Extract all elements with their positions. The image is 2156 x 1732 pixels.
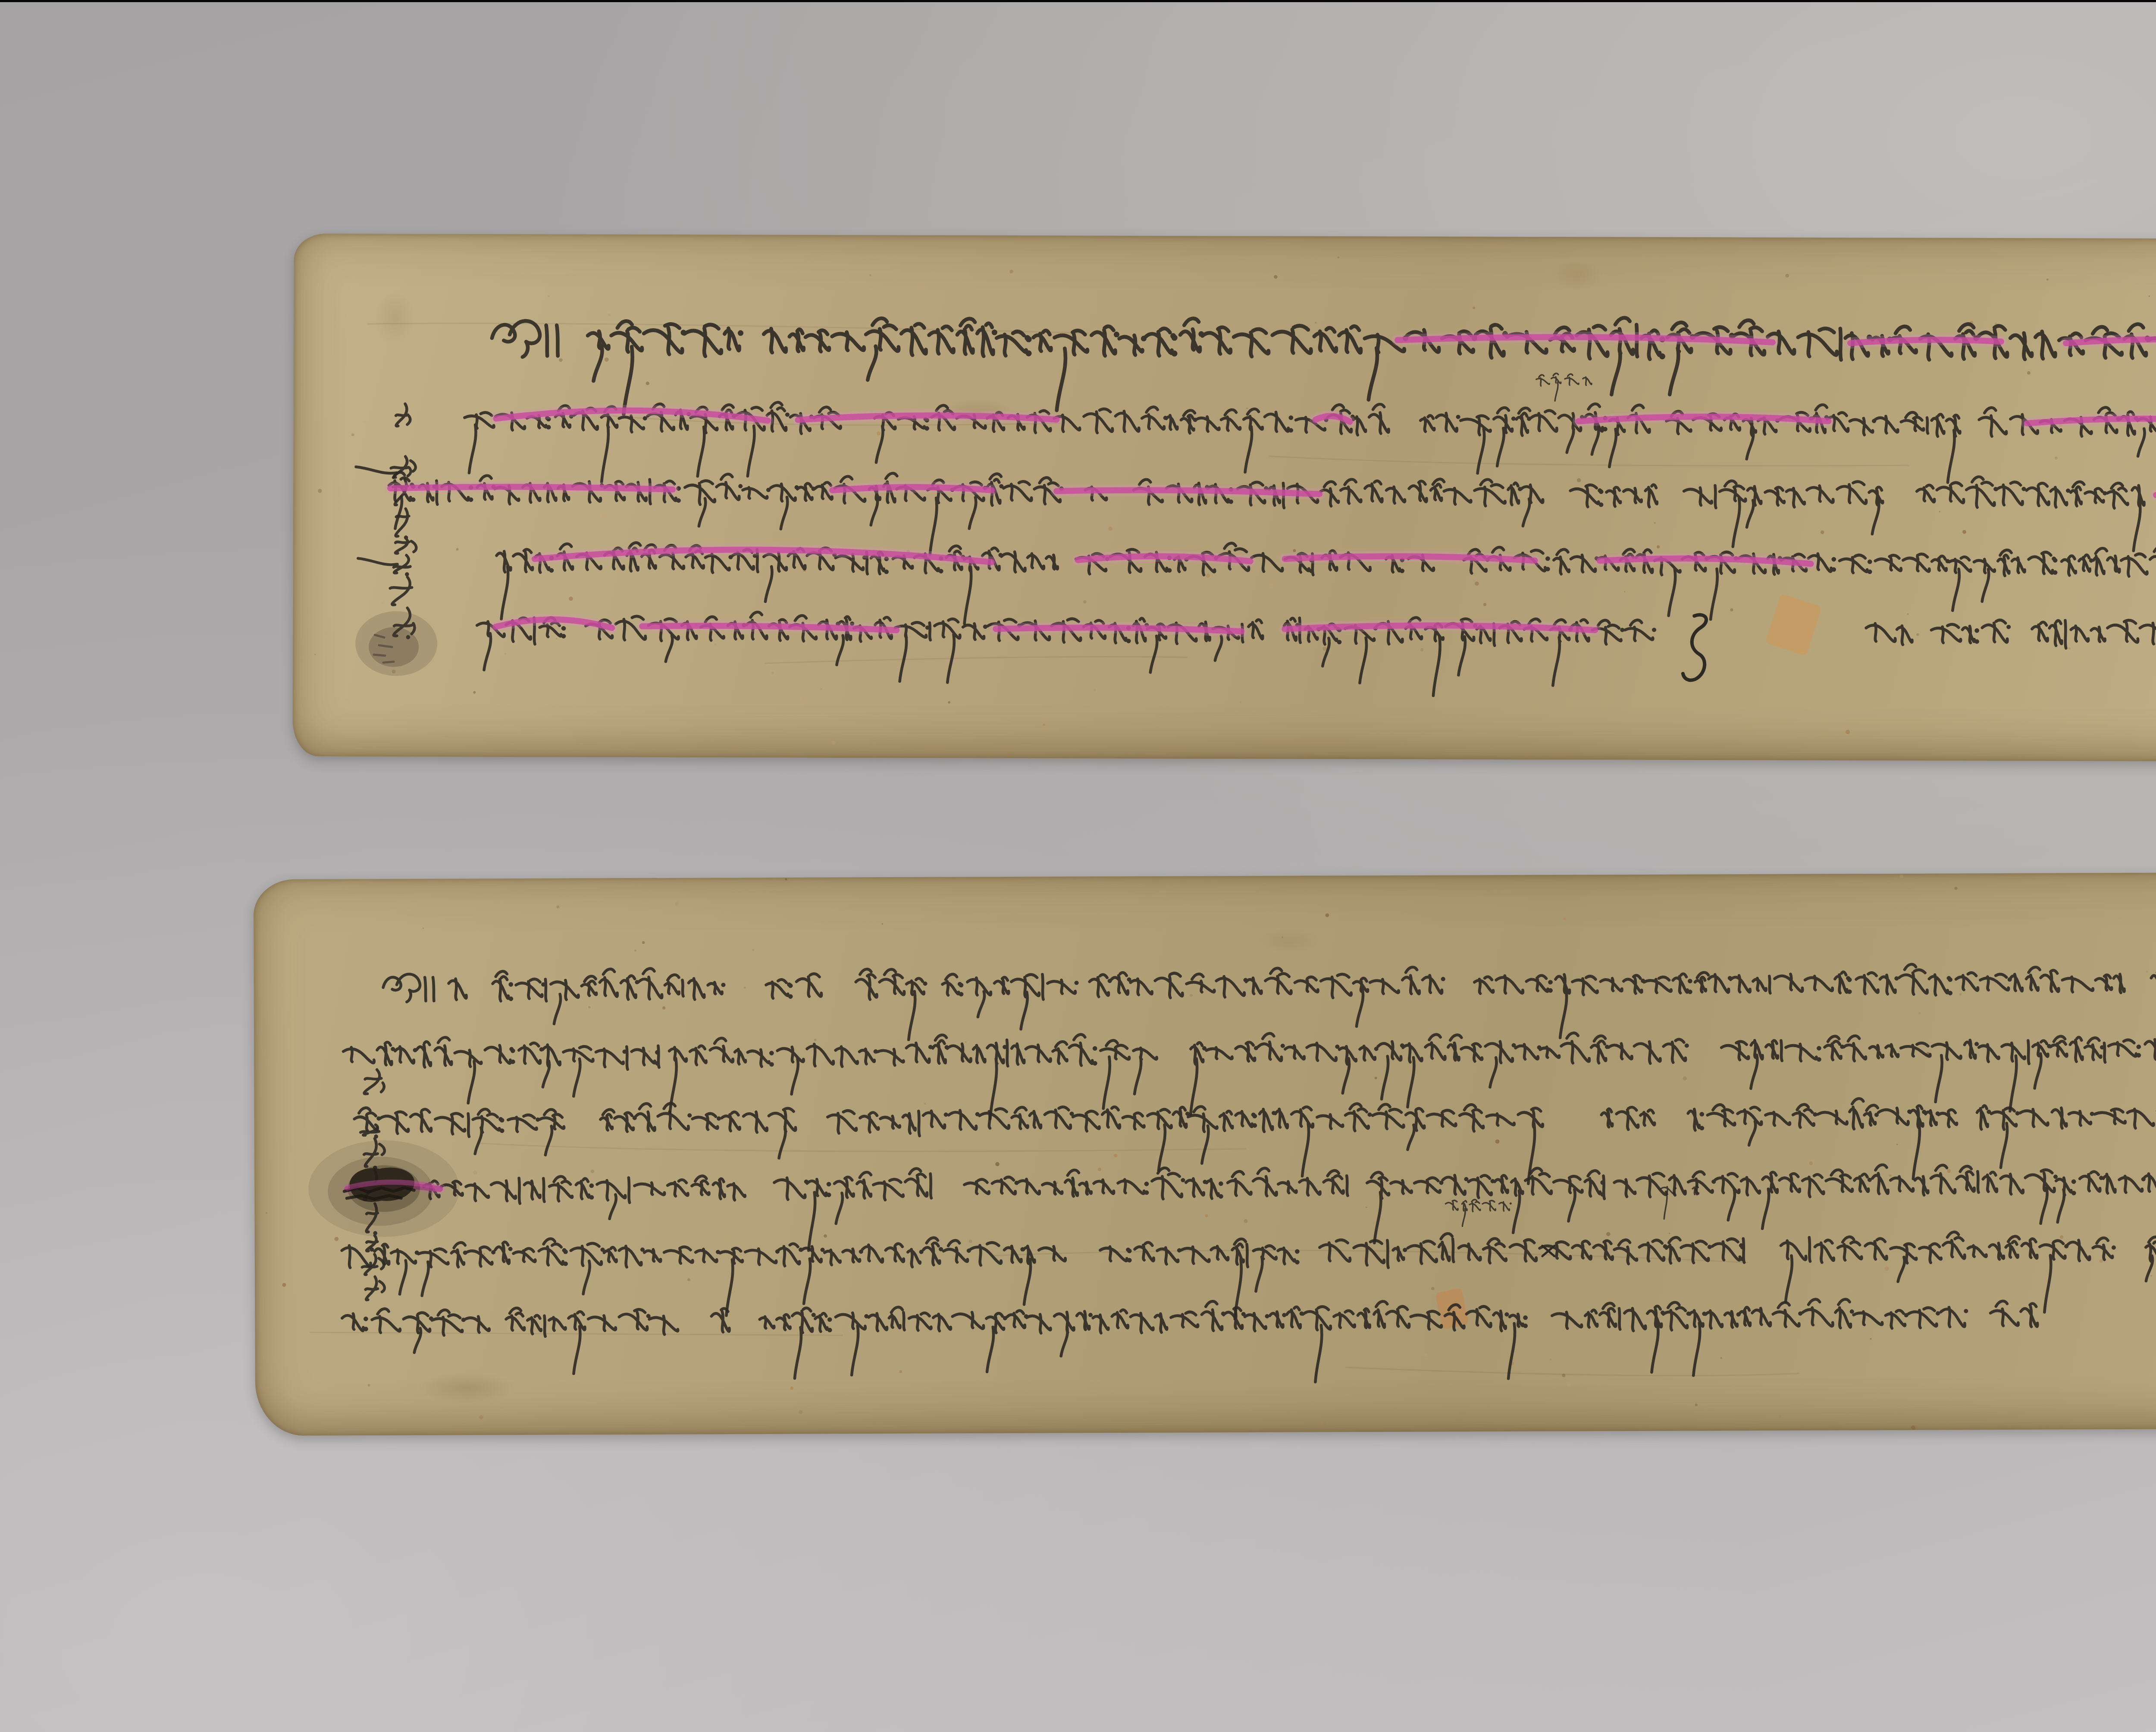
photo-top-edge-line (0, 0, 2156, 2)
photo-backdrop (0, 0, 2156, 1732)
gray-smudge (267, 552, 526, 734)
interlinear-note (1445, 1190, 1522, 1229)
ornament-layer (292, 234, 2156, 762)
ink-blot-cancellation (254, 1098, 514, 1280)
interlinear-note (1660, 1174, 1720, 1213)
text-line (255, 1253, 2156, 1416)
upper-folio (292, 234, 2156, 762)
ink-strokes (342, 1299, 2037, 1386)
lower-folio (254, 872, 2156, 1436)
flourish-mark (1683, 615, 1706, 681)
